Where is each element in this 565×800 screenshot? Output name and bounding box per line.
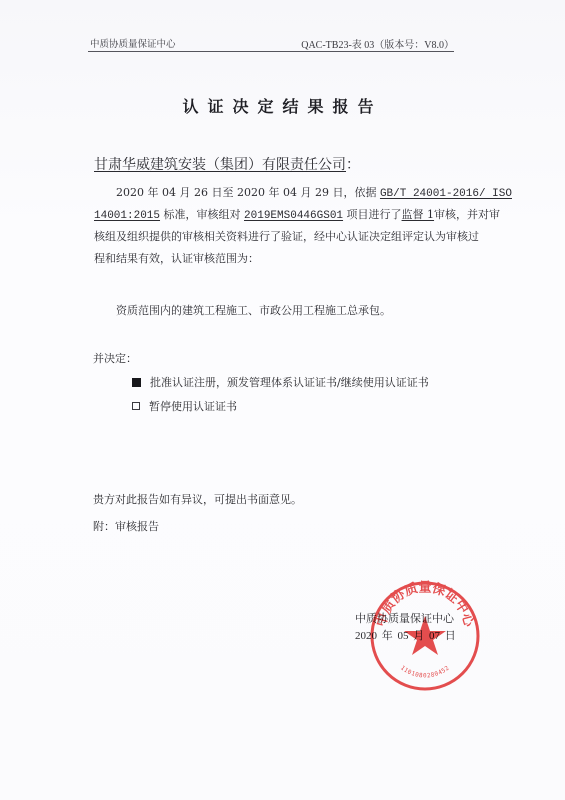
audit-dates: 2020 年 04 月 26 日至 2020 年 04 月 29 日，依据 xyxy=(116,186,376,199)
document-title: 认证决定结果报告 xyxy=(0,94,565,117)
decision-label: 并决定： xyxy=(93,350,137,366)
audit-type: 监督 1 xyxy=(402,208,435,221)
standard-ref-cont: 14001:2015 xyxy=(94,210,160,222)
document-page: 中质协质量保证中心 QAC-TB23-表 03（版本号：V8.0） 认证决定结果… xyxy=(0,0,565,800)
statement-text: 审核，并对审 xyxy=(434,208,500,221)
header-divider xyxy=(88,51,454,53)
header-form-code: QAC-TB23-表 03（版本号：V8.0） xyxy=(301,36,454,51)
statement-line-2: 14001:2015 标准，审核组对 2019EMS0446GS01 项目进行了… xyxy=(94,204,430,226)
audit-statement: 2020 年 04 月 26 日至 2020 年 04 月 29 日，依据 GB… xyxy=(94,182,430,270)
official-seal-icon: 中质协质量保证中心 1101080280452 xyxy=(369,580,481,692)
checked-box-icon xyxy=(132,378,141,387)
option-label: 暂停使用认证证书 xyxy=(149,398,237,414)
project-code: 2019EMS0446GS01 xyxy=(244,210,343,222)
statement-line-4: 程和结果有效，认证审核范围为： xyxy=(94,248,430,270)
attachment-note: 附：审核报告 xyxy=(93,518,159,534)
statement-text: 项目进行了 xyxy=(343,208,402,221)
header-org: 中质协质量保证中心 xyxy=(90,36,176,50)
decision-option-suspend: 暂停使用认证证书 xyxy=(132,398,237,414)
decision-option-approve: 批准认证注册，颁发管理体系认证证书/继续使用认证证书 xyxy=(132,374,429,390)
addressee: 甘肃华威建筑安装（集团）有限责任公司： xyxy=(94,154,360,174)
page-header: 中质协质量保证中心 QAC-TB23-表 03（版本号：V8.0） xyxy=(88,36,454,52)
certification-scope: 资质范围内的建筑工程施工、市政公用工程施工总承包。 xyxy=(116,302,391,318)
statement-text: 标准，审核组对 xyxy=(160,208,241,221)
standard-ref: GB/T 24001-2016/ ISO xyxy=(380,188,512,200)
svg-text:1101080280452: 1101080280452 xyxy=(399,664,451,679)
addressee-name: 甘肃华威建筑安装（集团）有限责任公司 xyxy=(94,157,346,173)
statement-line-3: 核组及组织提供的审核相关资料进行了验证，经中心认证决定组评定认为审核过 xyxy=(94,226,430,248)
dispute-note: 贵方对此报告如有异议，可提出书面意见。 xyxy=(93,491,302,507)
addressee-colon: ： xyxy=(346,157,360,173)
statement-line-1: 2020 年 04 月 26 日至 2020 年 04 月 29 日，依据 GB… xyxy=(94,182,430,204)
unchecked-box-icon xyxy=(132,402,140,410)
option-label: 批准认证注册，颁发管理体系认证证书/继续使用认证证书 xyxy=(150,374,429,390)
